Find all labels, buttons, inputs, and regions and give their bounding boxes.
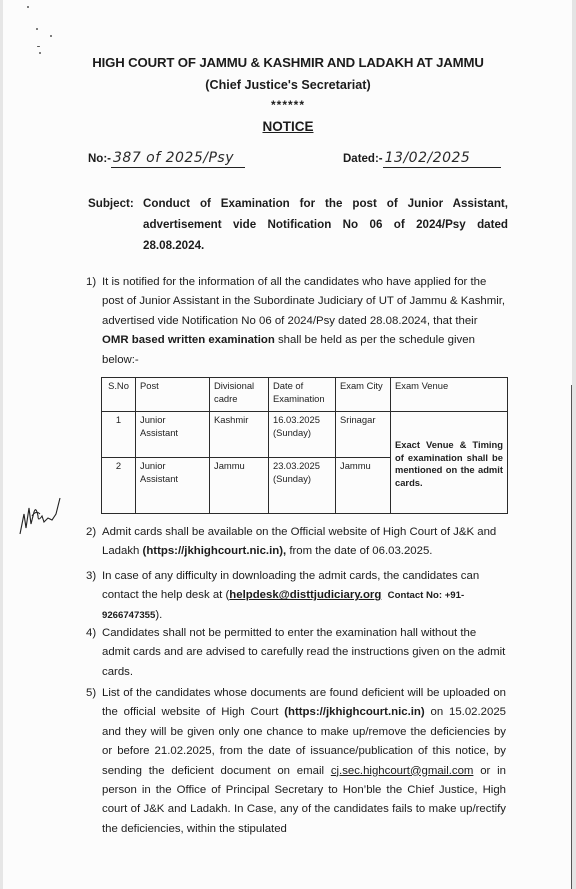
table-row: 1 Junior Assistant Kashmir 16.03.2025(Su… bbox=[102, 412, 508, 458]
cell-sno: 1 bbox=[102, 412, 136, 458]
cell-date: 23.03.2025(Sunday) bbox=[269, 458, 336, 514]
paragraph-number: 3) bbox=[86, 567, 96, 586]
column-header-city: Exam City bbox=[336, 378, 391, 412]
table-header-row: S.No Post Divisional cadre Date of Exami… bbox=[102, 378, 508, 412]
email-link[interactable]: cj.sec.highcourt@gmail.com bbox=[331, 765, 474, 777]
column-header-venue: Exam Venue bbox=[391, 378, 508, 412]
venue-note: Exact Venue & Timing of examination shal… bbox=[395, 439, 503, 489]
paragraph-text: It is notified for the information of al… bbox=[102, 273, 506, 370]
paragraph-3: 3) In case of any difficulty in download… bbox=[86, 567, 506, 625]
exam-day: (Sunday) bbox=[273, 473, 311, 484]
column-header-cadre: Divisional cadre bbox=[210, 378, 269, 412]
page-border-line bbox=[571, 385, 572, 889]
paragraph-text: Candidates shall not be permitted to ent… bbox=[102, 624, 506, 682]
office-name: (Chief Justice's Secretariat) bbox=[0, 78, 576, 92]
exam-day: (Sunday) bbox=[273, 427, 311, 438]
exam-date: 23.03.2025 bbox=[273, 460, 320, 471]
website-link[interactable]: (https://jkhighcourt.nic.in) bbox=[284, 706, 424, 718]
paragraph-text-part: from the date of 06.03.2025. bbox=[286, 545, 432, 557]
paragraph-text: List of the candidates whose documents a… bbox=[102, 684, 506, 839]
reference-date-value: 13/02/2025 bbox=[383, 150, 501, 168]
reference-number-label: No:- bbox=[88, 153, 111, 165]
paragraph-number: 2) bbox=[86, 523, 96, 542]
website-link[interactable]: (https://jkhighcourt.nic.in), bbox=[143, 545, 287, 557]
signature-initials bbox=[16, 494, 64, 538]
subject-label: Subject: bbox=[88, 193, 134, 214]
court-name: HIGH COURT OF JAMMU & KASHMIR AND LADAKH… bbox=[0, 55, 576, 70]
notice-title: NOTICE bbox=[0, 119, 576, 134]
paragraph-number: 4) bbox=[86, 624, 96, 643]
paragraph-text-part: ). bbox=[155, 609, 162, 621]
cell-post: Junior Assistant bbox=[136, 412, 210, 458]
column-header-date: Date of Examination bbox=[269, 378, 336, 412]
paragraph-text: In case of any difficulty in downloading… bbox=[102, 567, 506, 625]
paragraph-text-part: It is notified for the information of al… bbox=[102, 276, 505, 327]
cell-date: 16.03.2025(Sunday) bbox=[269, 412, 336, 458]
paragraph-text: Admit cards shall be available on the Of… bbox=[102, 523, 506, 562]
cell-post: Junior Assistant bbox=[136, 458, 210, 514]
cell-city: Srinagar bbox=[336, 412, 391, 458]
reference-number: No:-387 of 2025/Psy bbox=[88, 150, 245, 168]
column-header-post: Post bbox=[136, 378, 210, 412]
subject-text: Conduct of Examination for the post of J… bbox=[143, 193, 508, 256]
helpdesk-email-link[interactable]: helpdesk@disttjudiciary.org bbox=[229, 589, 381, 601]
cell-sno: 2 bbox=[102, 458, 136, 514]
reference-number-value: 387 of 2025/Psy bbox=[111, 150, 245, 168]
reference-date-label: Dated:- bbox=[343, 153, 383, 165]
scan-specks bbox=[22, 4, 52, 54]
paragraph-1: 1) It is notified for the information of… bbox=[86, 273, 506, 370]
reference-date: Dated:-13/02/2025 bbox=[343, 150, 501, 168]
cell-venue: Exact Venue & Timing of examination shal… bbox=[391, 412, 508, 514]
exam-schedule-table: S.No Post Divisional cadre Date of Exami… bbox=[101, 377, 508, 514]
cell-city: Jammu bbox=[336, 458, 391, 514]
exam-date: 16.03.2025 bbox=[273, 414, 320, 425]
paragraph-number: 5) bbox=[86, 684, 96, 703]
paragraph-number: 1) bbox=[86, 273, 96, 292]
paragraph-2: 2) Admit cards shall be available on the… bbox=[86, 523, 506, 562]
cell-cadre: Jammu bbox=[210, 458, 269, 514]
column-header-sno: S.No bbox=[102, 378, 136, 412]
paragraph-4: 4) Candidates shall not be permitted to … bbox=[86, 624, 506, 682]
paragraph-5: 5) List of the candidates whose document… bbox=[86, 684, 506, 839]
header-separator: ****** bbox=[0, 98, 576, 112]
cell-cadre: Kashmir bbox=[210, 412, 269, 458]
paragraph-emphasis: OMR based written examination bbox=[102, 334, 275, 346]
